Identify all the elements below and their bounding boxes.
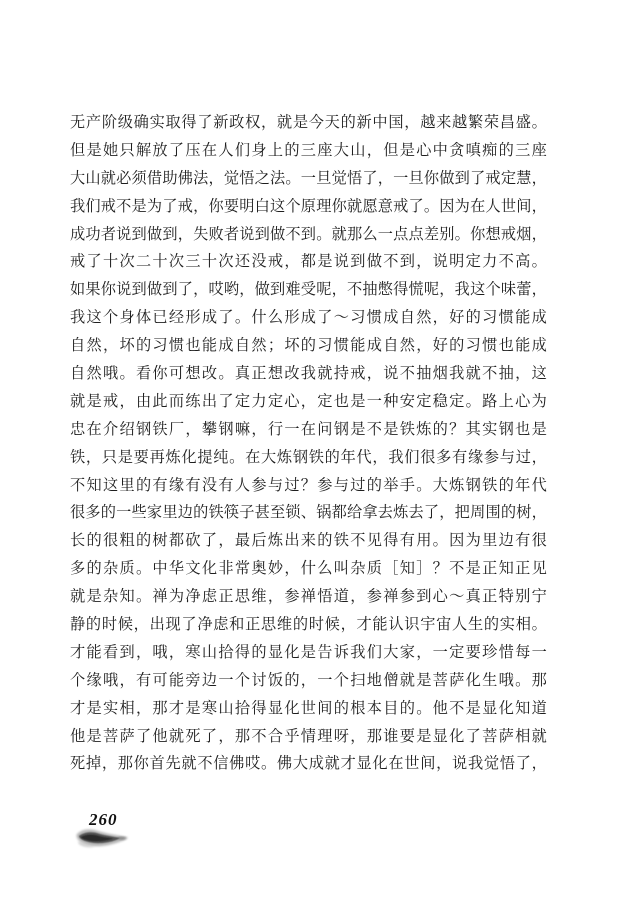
- text-line: 戒了十次二十次三十次还没戒，都是说到做不到，说明定力不高。: [70, 248, 547, 276]
- text-line: 他是菩萨了他就死了，那不合乎情理呀，那谁要是显化了菩萨相就: [70, 723, 547, 751]
- text-line: 无产阶级确实取得了新政权，就是今天的新中国，越来越繁荣昌盛。: [70, 109, 547, 137]
- text-line: 铁，只是要再炼化提纯。在大炼钢铁的年代，我们很多有缘参与过，: [70, 444, 547, 472]
- text-line: 死掉，那你首先就不信佛哎。佛大成就才显化在世间，说我觉悟了，: [70, 750, 547, 778]
- text-line: 自然，坏的习惯也能成自然；坏的习惯能成自然，好的习惯也能成: [70, 332, 547, 360]
- text-line: 大山就必须借助佛法，觉悟之法。一旦觉悟了，一旦你做到了戒定慧，: [70, 165, 547, 193]
- ink-brush-stroke-icon: [72, 825, 130, 855]
- text-line: 自然哦。看你可想改。真正想改我就持戒，说不抽烟我就不抽，这: [70, 360, 547, 388]
- text-line: 很多的一些家里边的铁筷子甚至锁、锅都给拿去炼去了，把周围的树，: [70, 499, 547, 527]
- text-line: 如果你说到做到了，哎哟，做到难受呢，不抽憋得慌呢，我这个味蕾，: [70, 276, 547, 304]
- text-line: 长的很粗的树都砍了，最后炼出来的铁不见得有用。因为里边有很: [70, 527, 547, 555]
- text-line: 就是戒，由此而练出了定力定心，定也是一种安定稳定。路上心为: [70, 388, 547, 416]
- book-page: 无产阶级确实取得了新政权，就是今天的新中国，越来越繁荣昌盛。 但是她只解放了压在…: [0, 0, 643, 907]
- text-line: 才能看到，哦，寒山拾得的显化是告诉我们大家，一定要珍惜每一: [70, 639, 547, 667]
- text-line: 但是她只解放了压在人们身上的三座大山，但是心中贪嗔痴的三座: [70, 137, 547, 165]
- text-line: 多的杂质。中华文化非常奥妙，什么叫杂质［知］？不是正知正见: [70, 555, 547, 583]
- text-line: 才是实相，那才是寒山拾得显化世间的根本目的。他不是显化知道: [70, 695, 547, 723]
- text-line: 个缘哦，有可能旁边一个讨饭的，一个扫地僧就是菩萨化生哦。那: [70, 667, 547, 695]
- text-line: 我这个身体已经形成了。什么形成了～习惯成自然，好的习惯能成: [70, 304, 547, 332]
- body-text: 无产阶级确实取得了新政权，就是今天的新中国，越来越繁荣昌盛。 但是她只解放了压在…: [70, 109, 547, 778]
- text-line: 忠在介绍钢铁厂，攀钢嘛，行一在问钢是不是铁炼的？其实钢也是: [70, 416, 547, 444]
- text-line: 我们戒不是为了戒，你要明白这个原理你就愿意戒了。因为在人世间，: [70, 193, 547, 221]
- text-line: 成功者说到做到，失败者说到做不到。就那么一点点差别。你想戒烟，: [70, 221, 547, 249]
- text-line: 就是杂知。禅为净虑正思维，参禅悟道，参禅参到心～真正特别宁: [70, 583, 547, 611]
- text-line: 静的时候，出现了净虑和正思维的时候，才能认识宇宙人生的实相。: [70, 611, 547, 639]
- text-line: 不知这里的有缘有没有人参与过？参与过的举手。大炼钢铁的年代: [70, 472, 547, 500]
